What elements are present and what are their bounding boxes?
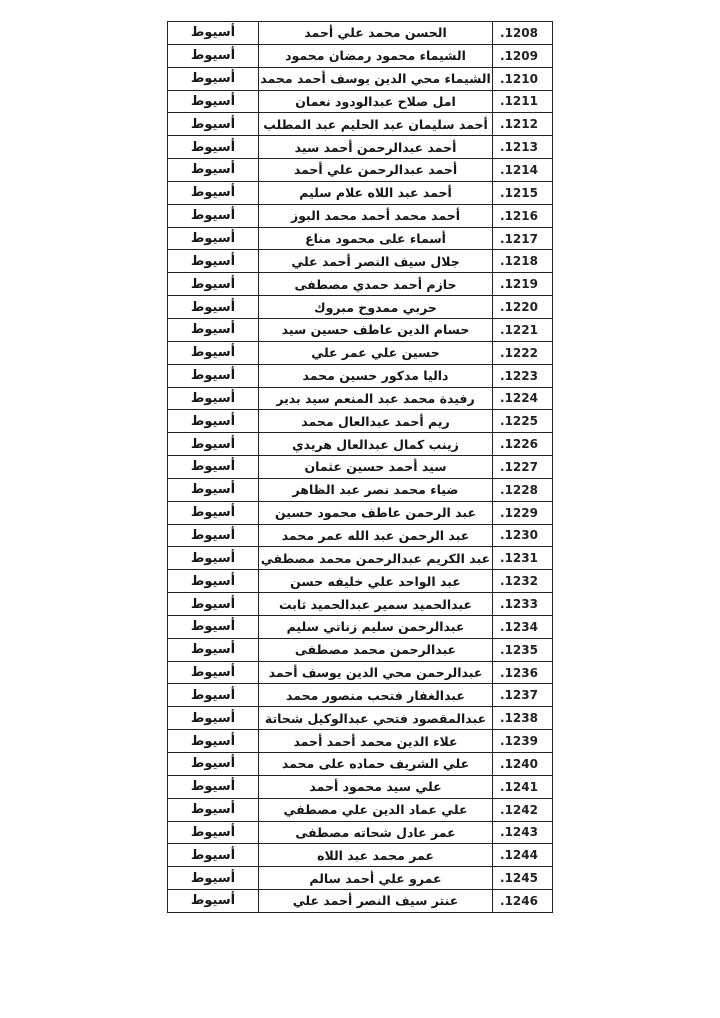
name-cell: الشيماء محي الدين يوسف أحمد محمد xyxy=(259,68,493,90)
row-number-text: 1230. xyxy=(500,528,538,542)
governorate-cell: أسيوط xyxy=(168,502,259,524)
table-row: أسيوطأحمد عبدالرحمن علي أحمد1214. xyxy=(168,159,552,182)
governorate-cell: أسيوط xyxy=(168,388,259,410)
governorate-cell: أسيوط xyxy=(168,753,259,775)
governorate-cell: أسيوط xyxy=(168,616,259,638)
row-number-text: 1241. xyxy=(500,780,538,794)
row-number-cell: 1241. xyxy=(493,776,552,798)
row-number-cell: 1229. xyxy=(493,502,552,524)
row-number-cell: 1245. xyxy=(493,867,552,889)
governorate-cell: أسيوط xyxy=(168,799,259,821)
name-cell: حسين علي عمر علي xyxy=(259,342,493,364)
row-number-text: 1236. xyxy=(500,666,538,680)
row-number-text: 1225. xyxy=(500,414,538,428)
row-number-text: 1215. xyxy=(500,186,538,200)
row-number-text: 1208. xyxy=(500,26,538,40)
governorate-cell: أسيوط xyxy=(168,456,259,478)
name-cell: أحمد عبد اللاه علام سليم xyxy=(259,182,493,204)
governorate-cell: أسيوط xyxy=(168,205,259,227)
name-cell: داليا مدكور حسين محمد xyxy=(259,365,493,387)
row-number-cell: 1217. xyxy=(493,228,552,250)
row-number-cell: 1222. xyxy=(493,342,552,364)
row-number-text: 1216. xyxy=(500,209,538,223)
row-number-text: 1217. xyxy=(500,232,538,246)
row-number-text: 1213. xyxy=(500,140,538,154)
governorate-cell: أسيوط xyxy=(168,136,259,158)
name-cell: عبد الواحد علي خليفه حسن xyxy=(259,570,493,592)
governorate-cell: أسيوط xyxy=(168,525,259,547)
name-cell: عبدالحميد سمير عبدالحميد ثابت xyxy=(259,593,493,615)
name-cell: الشيماء محمود رمضان محمود xyxy=(259,45,493,67)
governorate-cell: أسيوط xyxy=(168,68,259,90)
row-number-text: 1232. xyxy=(500,574,538,588)
governorate-cell: أسيوط xyxy=(168,730,259,752)
row-number-cell: 1242. xyxy=(493,799,552,821)
table-row: أسيوطعلي عماد الدين علي مصطفي1242. xyxy=(168,799,552,822)
table-row: أسيوطرفيدة محمد عبد المنعم سيد بدير1224. xyxy=(168,388,552,411)
governorate-cell: أسيوط xyxy=(168,113,259,135)
governorate-cell: أسيوط xyxy=(168,433,259,455)
name-cell: امل صلاح عبدالودود نعمان xyxy=(259,91,493,113)
row-number-cell: 1235. xyxy=(493,639,552,661)
name-cell: عبدالرحمن سليم زناتي سليم xyxy=(259,616,493,638)
table-row: أسيوطالشيماء محي الدين يوسف أحمد محمد121… xyxy=(168,68,552,91)
row-number-cell: 1230. xyxy=(493,525,552,547)
governorate-cell: أسيوط xyxy=(168,479,259,501)
table-row: أسيوطأحمد محمد أحمد محمد البوز1216. xyxy=(168,205,552,228)
table-row: أسيوطعبدالرحمن محي الدين يوسف أحمد1236. xyxy=(168,662,552,685)
governorate-cell: أسيوط xyxy=(168,410,259,432)
row-number-cell: 1238. xyxy=(493,707,552,729)
table-row: أسيوطعبدالحميد سمير عبدالحميد ثابت1233. xyxy=(168,593,552,616)
roster-table: أسيوطالحسن محمد علي أحمد1208.أسيوطالشيما… xyxy=(167,21,553,913)
row-number-text: 1237. xyxy=(500,688,538,702)
governorate-cell: أسيوط xyxy=(168,342,259,364)
name-cell: عمر محمد عبد اللاه xyxy=(259,844,493,866)
row-number-cell: 1244. xyxy=(493,844,552,866)
row-number-text: 1224. xyxy=(500,391,538,405)
row-number-text: 1238. xyxy=(500,711,538,725)
name-cell: ضياء محمد نصر عبد الظاهر xyxy=(259,479,493,501)
row-number-cell: 1218. xyxy=(493,250,552,272)
row-number-cell: 1227. xyxy=(493,456,552,478)
name-cell: عبدالرحمن محي الدين يوسف أحمد xyxy=(259,662,493,684)
table-row: أسيوطحازم أحمد حمدي مصطفى1219. xyxy=(168,273,552,296)
governorate-cell: أسيوط xyxy=(168,684,259,706)
governorate-cell: أسيوط xyxy=(168,844,259,866)
row-number-cell: 1215. xyxy=(493,182,552,204)
row-number-cell: 1221. xyxy=(493,319,552,341)
governorate-cell: أسيوط xyxy=(168,22,259,44)
governorate-cell: أسيوط xyxy=(168,182,259,204)
row-number-cell: 1213. xyxy=(493,136,552,158)
name-cell: عنتر سيف النصر أحمد علي xyxy=(259,890,493,912)
name-cell: حازم أحمد حمدي مصطفى xyxy=(259,273,493,295)
name-cell: سيد أحمد حسين عثمان xyxy=(259,456,493,478)
governorate-cell: أسيوط xyxy=(168,91,259,113)
row-number-text: 1218. xyxy=(500,254,538,268)
row-number-cell: 1240. xyxy=(493,753,552,775)
table-row: أسيوطعمر عادل شحاته مصطفى1243. xyxy=(168,822,552,845)
table-row: أسيوطعلاء الدين محمد أحمد أحمد1239. xyxy=(168,730,552,753)
table-row: أسيوطأسماء على محمود مناع1217. xyxy=(168,228,552,251)
governorate-cell: أسيوط xyxy=(168,662,259,684)
governorate-cell: أسيوط xyxy=(168,273,259,295)
table-row: أسيوطداليا مدكور حسين محمد1223. xyxy=(168,365,552,388)
name-cell: عبدالمقصود فتحي عبدالوكيل شحاتة xyxy=(259,707,493,729)
table-row: أسيوطسيد أحمد حسين عثمان1227. xyxy=(168,456,552,479)
governorate-cell: أسيوط xyxy=(168,250,259,272)
row-number-cell: 1208. xyxy=(493,22,552,44)
name-cell: عبد الرحمن عبد الله عمر محمد xyxy=(259,525,493,547)
row-number-text: 1226. xyxy=(500,437,538,451)
row-number-text: 1219. xyxy=(500,277,538,291)
name-cell: علي الشريف حماده على محمد xyxy=(259,753,493,775)
row-number-text: 1242. xyxy=(500,803,538,817)
row-number-text: 1243. xyxy=(500,825,538,839)
row-number-cell: 1216. xyxy=(493,205,552,227)
name-cell: علي عماد الدين علي مصطفي xyxy=(259,799,493,821)
row-number-text: 1244. xyxy=(500,848,538,862)
table-row: أسيوطجلال سيف النصر أحمد علي1218. xyxy=(168,250,552,273)
name-cell: عبد الرحمن عاطف محمود حسين xyxy=(259,502,493,524)
row-number-text: 1209. xyxy=(500,49,538,63)
governorate-cell: أسيوط xyxy=(168,296,259,318)
row-number-cell: 1233. xyxy=(493,593,552,615)
governorate-cell: أسيوط xyxy=(168,159,259,181)
table-row: أسيوطحربي ممدوح مبروك1220. xyxy=(168,296,552,319)
name-cell: علاء الدين محمد أحمد أحمد xyxy=(259,730,493,752)
row-number-cell: 1214. xyxy=(493,159,552,181)
row-number-text: 1229. xyxy=(500,506,538,520)
row-number-text: 1212. xyxy=(500,117,538,131)
row-number-cell: 1246. xyxy=(493,890,552,912)
governorate-cell: أسيوط xyxy=(168,547,259,569)
row-number-cell: 1232. xyxy=(493,570,552,592)
row-number-text: 1211. xyxy=(500,94,538,108)
table-row: أسيوطعمر محمد عبد اللاه1244. xyxy=(168,844,552,867)
row-number-cell: 1210. xyxy=(493,68,552,90)
row-number-cell: 1226. xyxy=(493,433,552,455)
table-row: أسيوطعبدالمقصود فتحي عبدالوكيل شحاتة1238… xyxy=(168,707,552,730)
table-row: أسيوطعبدالرحمن محمد مصطفى1235. xyxy=(168,639,552,662)
name-cell: عبد الكريم عبدالرحمن محمد مصطفي xyxy=(259,547,493,569)
name-cell: أحمد محمد أحمد محمد البوز xyxy=(259,205,493,227)
row-number-text: 1210. xyxy=(500,72,538,86)
row-number-text: 1245. xyxy=(500,871,538,885)
name-cell: رفيدة محمد عبد المنعم سيد بدير xyxy=(259,388,493,410)
table-row: أسيوطعنتر سيف النصر أحمد علي1246. xyxy=(168,890,552,912)
table-row: أسيوطعبد الرحمن عبد الله عمر محمد1230. xyxy=(168,525,552,548)
row-number-text: 1228. xyxy=(500,483,538,497)
table-row: أسيوطزينب كمال عبدالعال هريدي1226. xyxy=(168,433,552,456)
table-row: أسيوطامل صلاح عبدالودود نعمان1211. xyxy=(168,91,552,114)
name-cell: أحمد عبدالرحمن أحمد سيد xyxy=(259,136,493,158)
row-number-text: 1233. xyxy=(500,597,538,611)
table-row: أسيوطريم أحمد عبدالعال محمد1225. xyxy=(168,410,552,433)
table-row: أسيوطعبد الواحد علي خليفه حسن1232. xyxy=(168,570,552,593)
table-row: أسيوطأحمد سليمان عبد الحليم عبد المطلب12… xyxy=(168,113,552,136)
row-number-text: 1221. xyxy=(500,323,538,337)
row-number-cell: 1223. xyxy=(493,365,552,387)
governorate-cell: أسيوط xyxy=(168,822,259,844)
row-number-cell: 1219. xyxy=(493,273,552,295)
table-row: أسيوطحسام الدين عاطف حسين سيد1221. xyxy=(168,319,552,342)
row-number-cell: 1211. xyxy=(493,91,552,113)
governorate-cell: أسيوط xyxy=(168,639,259,661)
table-row: أسيوطالشيماء محمود رمضان محمود1209. xyxy=(168,45,552,68)
row-number-cell: 1234. xyxy=(493,616,552,638)
row-number-text: 1234. xyxy=(500,620,538,634)
row-number-cell: 1220. xyxy=(493,296,552,318)
table-row: أسيوطعبدالرحمن سليم زناتي سليم1234. xyxy=(168,616,552,639)
governorate-cell: أسيوط xyxy=(168,890,259,912)
name-cell: عبدالغفار فتحب منصور محمد xyxy=(259,684,493,706)
table-row: أسيوطعبد الرحمن عاطف محمود حسين1229. xyxy=(168,502,552,525)
row-number-cell: 1243. xyxy=(493,822,552,844)
row-number-text: 1223. xyxy=(500,369,538,383)
name-cell: حسام الدين عاطف حسين سيد xyxy=(259,319,493,341)
table-row: أسيوطعلي سيد محمود أحمد1241. xyxy=(168,776,552,799)
row-number-cell: 1209. xyxy=(493,45,552,67)
name-cell: جلال سيف النصر أحمد علي xyxy=(259,250,493,272)
row-number-cell: 1239. xyxy=(493,730,552,752)
name-cell: حربي ممدوح مبروك xyxy=(259,296,493,318)
name-cell: عمرو علي أحمد سالم xyxy=(259,867,493,889)
governorate-cell: أسيوط xyxy=(168,365,259,387)
governorate-cell: أسيوط xyxy=(168,228,259,250)
row-number-text: 1220. xyxy=(500,300,538,314)
table-row: أسيوطحسين علي عمر علي1222. xyxy=(168,342,552,365)
name-cell: أسماء على محمود مناع xyxy=(259,228,493,250)
governorate-cell: أسيوط xyxy=(168,867,259,889)
row-number-text: 1235. xyxy=(500,643,538,657)
table-row: أسيوطالحسن محمد علي أحمد1208. xyxy=(168,22,552,45)
table-row: أسيوطعمرو علي أحمد سالم1245. xyxy=(168,867,552,890)
table-row: أسيوطعبدالغفار فتحب منصور محمد1237. xyxy=(168,684,552,707)
row-number-cell: 1212. xyxy=(493,113,552,135)
table-row: أسيوطضياء محمد نصر عبد الظاهر1228. xyxy=(168,479,552,502)
name-cell: زينب كمال عبدالعال هريدي xyxy=(259,433,493,455)
row-number-text: 1227. xyxy=(500,460,538,474)
row-number-text: 1214. xyxy=(500,163,538,177)
name-cell: عبدالرحمن محمد مصطفى xyxy=(259,639,493,661)
row-number-cell: 1225. xyxy=(493,410,552,432)
table-row: أسيوطأحمد عبدالرحمن أحمد سيد1213. xyxy=(168,136,552,159)
name-cell: عمر عادل شحاته مصطفى xyxy=(259,822,493,844)
row-number-cell: 1228. xyxy=(493,479,552,501)
name-cell: أحمد سليمان عبد الحليم عبد المطلب xyxy=(259,113,493,135)
row-number-cell: 1236. xyxy=(493,662,552,684)
governorate-cell: أسيوط xyxy=(168,593,259,615)
table-row: أسيوطعبد الكريم عبدالرحمن محمد مصطفي1231… xyxy=(168,547,552,570)
governorate-cell: أسيوط xyxy=(168,45,259,67)
table-row: أسيوطعلي الشريف حماده على محمد1240. xyxy=(168,753,552,776)
row-number-text: 1240. xyxy=(500,757,538,771)
row-number-cell: 1231. xyxy=(493,547,552,569)
row-number-text: 1231. xyxy=(500,551,538,565)
name-cell: علي سيد محمود أحمد xyxy=(259,776,493,798)
row-number-cell: 1237. xyxy=(493,684,552,706)
name-cell: ريم أحمد عبدالعال محمد xyxy=(259,410,493,432)
governorate-cell: أسيوط xyxy=(168,319,259,341)
governorate-cell: أسيوط xyxy=(168,776,259,798)
table-row: أسيوطأحمد عبد اللاه علام سليم1215. xyxy=(168,182,552,205)
row-number-cell: 1224. xyxy=(493,388,552,410)
governorate-cell: أسيوط xyxy=(168,570,259,592)
name-cell: أحمد عبدالرحمن علي أحمد xyxy=(259,159,493,181)
row-number-text: 1222. xyxy=(500,346,538,360)
row-number-text: 1246. xyxy=(500,894,538,908)
row-number-text: 1239. xyxy=(500,734,538,748)
name-cell: الحسن محمد علي أحمد xyxy=(259,22,493,44)
governorate-cell: أسيوط xyxy=(168,707,259,729)
